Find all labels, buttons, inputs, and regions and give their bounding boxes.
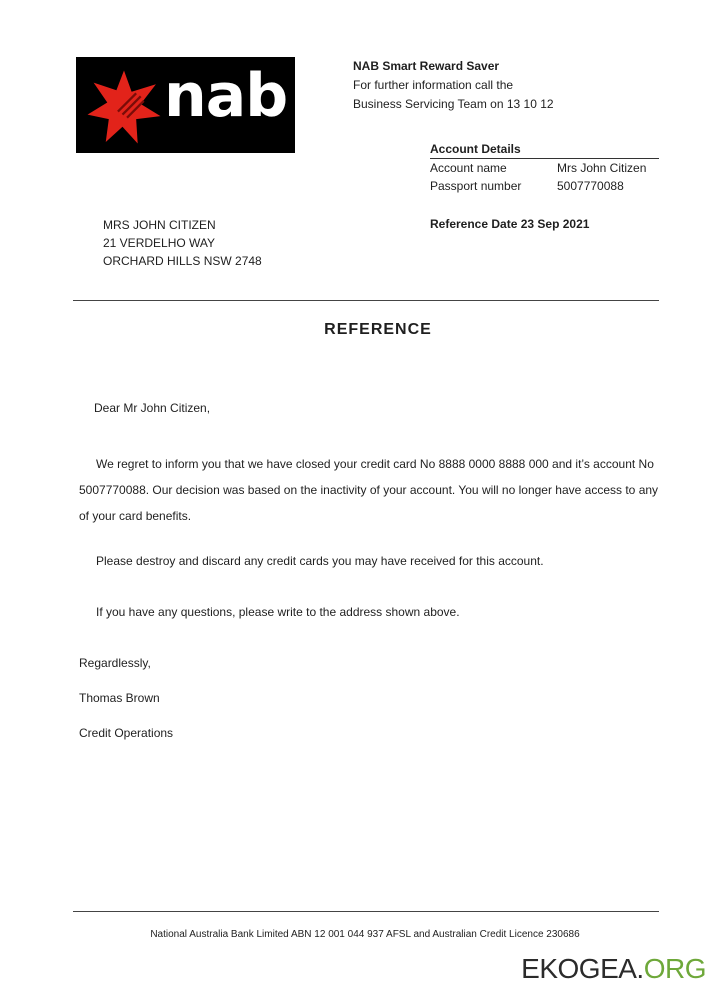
document-heading: REFERENCE: [0, 321, 720, 339]
nab-logo: nab: [76, 57, 295, 153]
footer-legal: National Australia Bank Limited ABN 12 0…: [0, 929, 720, 940]
paragraph: Please destroy and discard any credit ca…: [96, 554, 544, 568]
address-line: MRS JOHN CITIZEN: [103, 216, 262, 234]
account-value: 5007770088: [557, 177, 624, 195]
salutation: Dear Mr John Citizen,: [94, 401, 210, 415]
account-row: Account name Mrs John Citizen: [430, 159, 659, 177]
watermark-main: EKOGEA.: [521, 953, 644, 984]
account-label: Account name: [430, 159, 557, 177]
info-line: Business Servicing Team on 13 10 12: [353, 95, 554, 114]
divider: [73, 300, 659, 301]
address-line: 21 VERDELHO WAY: [103, 234, 262, 252]
logo-wordmark: nab: [164, 61, 287, 131]
header-info: NAB Smart Reward Saver For further infor…: [353, 57, 554, 114]
star-icon: [86, 69, 162, 145]
reference-date: Reference Date 23 Sep 2021: [430, 217, 589, 231]
info-line: For further information call the: [353, 76, 554, 95]
account-label: Passport number: [430, 177, 557, 195]
watermark: EKOGEA.ORG: [521, 953, 706, 985]
account-value: Mrs John Citizen: [557, 159, 646, 177]
product-name: NAB Smart Reward Saver: [353, 57, 554, 76]
watermark-suffix: ORG: [644, 953, 706, 984]
account-details: Account Details Account name Mrs John Ci…: [430, 142, 659, 195]
account-details-title: Account Details: [430, 142, 659, 159]
signer-department: Credit Operations: [79, 726, 173, 740]
paragraph: If you have any questions, please write …: [96, 605, 460, 619]
signer-name: Thomas Brown: [79, 691, 160, 705]
closing: Regardlessly,: [79, 656, 151, 670]
address-line: ORCHARD HILLS NSW 2748: [103, 252, 262, 270]
recipient-address: MRS JOHN CITIZEN 21 VERDELHO WAY ORCHARD…: [103, 216, 262, 270]
paragraph: We regret to inform you that we have clo…: [79, 451, 659, 529]
footer-divider: [73, 911, 659, 912]
account-row: Passport number 5007770088: [430, 177, 659, 195]
